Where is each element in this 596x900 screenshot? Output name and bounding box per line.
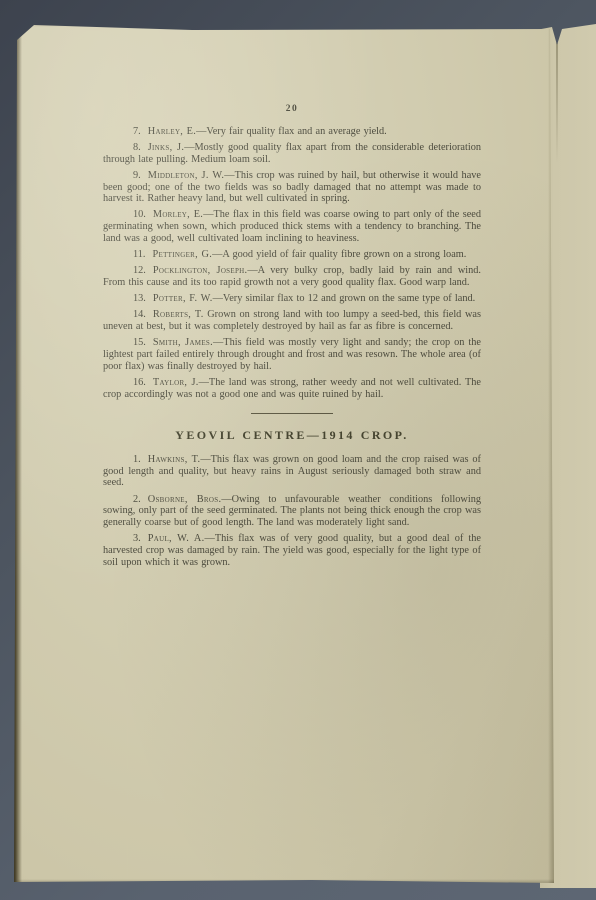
entry-separator: — <box>200 454 210 465</box>
section-divider-rule <box>251 413 333 414</box>
page-number: 20 <box>103 104 481 116</box>
report-entry-11: 11.Pettinger, G.—A good yield of fair qu… <box>103 249 481 261</box>
entry-separator: — <box>247 265 257 276</box>
entry-separator: — <box>213 337 223 348</box>
entry-number: 12. <box>133 265 153 276</box>
grower-name: Roberts, T. <box>153 309 204 320</box>
entry-number: 9. <box>133 170 148 181</box>
entry-separator: — <box>196 126 206 137</box>
entry-text: A good yield of fair quality fibre grown… <box>222 249 466 260</box>
entry-separator: — <box>184 142 194 153</box>
entry-number: 3. <box>133 533 148 544</box>
report-entry-yeovil-1: 1.Hawkins, T.—This flax was grown on goo… <box>103 454 481 489</box>
report-entry-7: 7.Harley, E.—Very fair quality flax and … <box>103 126 481 138</box>
entry-number: 1. <box>133 454 148 465</box>
entry-number: 7. <box>133 126 148 137</box>
page-text-block: 20 7.Harley, E.—Very fair quality flax a… <box>103 104 481 573</box>
grower-name: Pocklington, Joseph. <box>153 265 248 276</box>
report-entry-8: 8.Jinks, J.—Mostly good quality flax apa… <box>103 142 481 165</box>
report-entry-10: 10.Morley, E.—The flax in this field was… <box>103 209 481 244</box>
grower-name: Potter, F. W. <box>153 293 213 304</box>
report-entry-16: 16.Taylor, J.—The land was strong, rathe… <box>103 377 481 400</box>
entry-separator: — <box>224 170 234 181</box>
grower-name: Harley, E. <box>148 126 196 137</box>
page-bottom-edge-shadow <box>12 879 554 886</box>
entry-number: 16. <box>133 377 153 388</box>
entry-text: Very fair quality flax and an average yi… <box>206 126 386 137</box>
entry-separator: — <box>199 377 209 388</box>
entry-number: 11. <box>133 249 153 260</box>
report-entry-14: 14.Roberts, T. Grown on strong land with… <box>103 309 481 332</box>
entry-separator: — <box>221 494 231 505</box>
entry-number: 14. <box>133 309 153 320</box>
grower-name: Middleton, J. W. <box>148 170 225 181</box>
report-entry-13: 13.Potter, F. W.—Very similar flax to 12… <box>103 293 481 305</box>
scanner-background: { "doc": { "page_number": "20", "part1":… <box>0 0 596 900</box>
entry-number: 15. <box>133 337 153 348</box>
scanned-page: 20 7.Harley, E.—Very fair quality flax a… <box>12 22 554 886</box>
report-entry-yeovil-2: 2.Osborne, Bros.—Owing to unfavourable w… <box>103 494 481 529</box>
grower-name: Hawkins, T. <box>148 454 201 465</box>
page-fold-crease <box>556 34 558 164</box>
entry-text: Very similar flax to 12 and grown on the… <box>223 293 475 304</box>
grower-name: Jinks, J. <box>148 142 184 153</box>
report-entry-12: 12.Pocklington, Joseph.—A very bulky cro… <box>103 265 481 288</box>
report-entry-15: 15.Smith, James.—This field was mostly v… <box>103 337 481 372</box>
grower-name: Osborne, Bros. <box>148 494 222 505</box>
entry-number: 8. <box>133 142 148 153</box>
entry-separator: — <box>212 249 222 260</box>
section-heading: YEOVIL CENTRE—1914 CROP. <box>103 430 481 442</box>
page-top-edge-shadow <box>12 22 554 27</box>
grower-name: Pettinger, G. <box>153 249 213 260</box>
grower-name: Morley, E. <box>153 209 203 220</box>
report-entry-9: 9.Middleton, J. W.—This crop was ruined … <box>103 170 481 205</box>
entry-number: 13. <box>133 293 153 304</box>
entry-separator: — <box>203 209 213 220</box>
grower-name: Taylor, J. <box>153 377 199 388</box>
entry-number: 2. <box>133 494 148 505</box>
entry-separator: — <box>205 533 215 544</box>
grower-name: Smith, James. <box>153 337 213 348</box>
report-entry-yeovil-3: 3.Paul, W. A.—This flax was of very good… <box>103 533 481 568</box>
entry-separator: — <box>213 293 223 304</box>
grower-name: Paul, W. A. <box>148 533 205 544</box>
page-left-binding-edge <box>12 22 22 886</box>
entry-number: 10. <box>133 209 153 220</box>
